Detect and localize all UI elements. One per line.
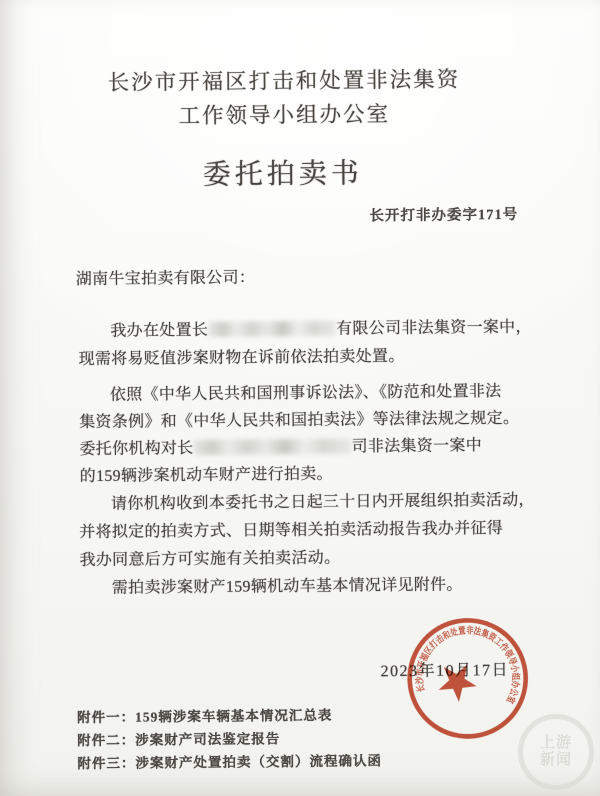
body-line-4: 集资条例》和《中华人民共和国拍卖法》等法律法规之规定。 [79,405,519,432]
attachment-2: 附件二：涉案财产司法鉴定报告 [77,727,280,749]
recipient-line: 湖南牛宝拍卖有限公司： [76,264,256,289]
body-line-8: 并将拟定的拍卖方式、日期等相关拍卖活动报告我办并征得 [79,515,503,542]
watermark-line2: 新闻 [540,752,572,769]
document-title: 委托拍卖书 [0,149,568,194]
seal-star-icon [432,655,483,705]
reference-number: 长开打非办委字171号 [369,203,518,225]
scanned-page: 长沙市开福区打击和处置非法集资 工作领导小组办公室 委托拍卖书 长开打非办委字1… [0,0,600,796]
body-line-1-text: 我办在处置长 [110,322,208,340]
body-line-2: 现需将易贬值涉案财物在诉前依法拍卖处置。 [78,343,404,369]
body-line-7: 请你机构收到本委托书之日起三十日内开展组织拍卖活动， [111,487,535,514]
seal-ring-textpath: 长沙市开福区打击和处置非法集资工作领导小组办公室 [411,617,529,709]
body-line-1: 我办在处置长有限公司非法集资一案中， [110,314,532,341]
watermark-line1: 上游 [540,735,572,752]
body-line-9: 我办同意后方可实施有关拍卖活动。 [79,545,340,571]
attachment-1: 附件一：159辆涉案车辆基本情况汇总表 [77,704,332,726]
attachment-3: 附件三：涉案财产处置拍卖（交割）流程确认函 [77,749,382,772]
redacted-company-name-2 [193,439,351,456]
letterhead-line2: 工作领导小组办公室 [0,95,571,132]
redacted-company-name-1 [208,321,336,337]
body-line-5: 委托你机构对长司非法集资一案中 [79,432,482,459]
official-seal: 长沙市开福区打击和处置非法集资工作领导小组办公室 [394,605,542,753]
body-line-1-text-after: 有限公司非法集资一案中， [336,319,532,338]
document-photo: 长沙市开福区打击和处置非法集资 工作领导小组办公室 委托拍卖书 长开打非办委字1… [0,0,600,796]
body-line-10: 需拍卖涉案财产159辆机动车基本情况详见附件。 [112,571,463,597]
body-line-5-text-after: 司非法集资一案中 [351,437,482,455]
body-line-5-text: 委托你机构对长 [79,440,193,458]
news-watermark: 上游 新闻 [518,714,594,790]
letterhead-line1: 长沙市开福区打击和处置非法集资 [0,61,571,98]
body-line-6: 的159辆涉案机动车财产进行拍卖。 [80,461,333,486]
seal-ring-text: 长沙市开福区打击和处置非法集资工作领导小组办公室 [411,617,529,709]
body-line-3: 依照《中华人民共和国刑事诉讼法》、《防范和处置非法 [110,378,502,405]
